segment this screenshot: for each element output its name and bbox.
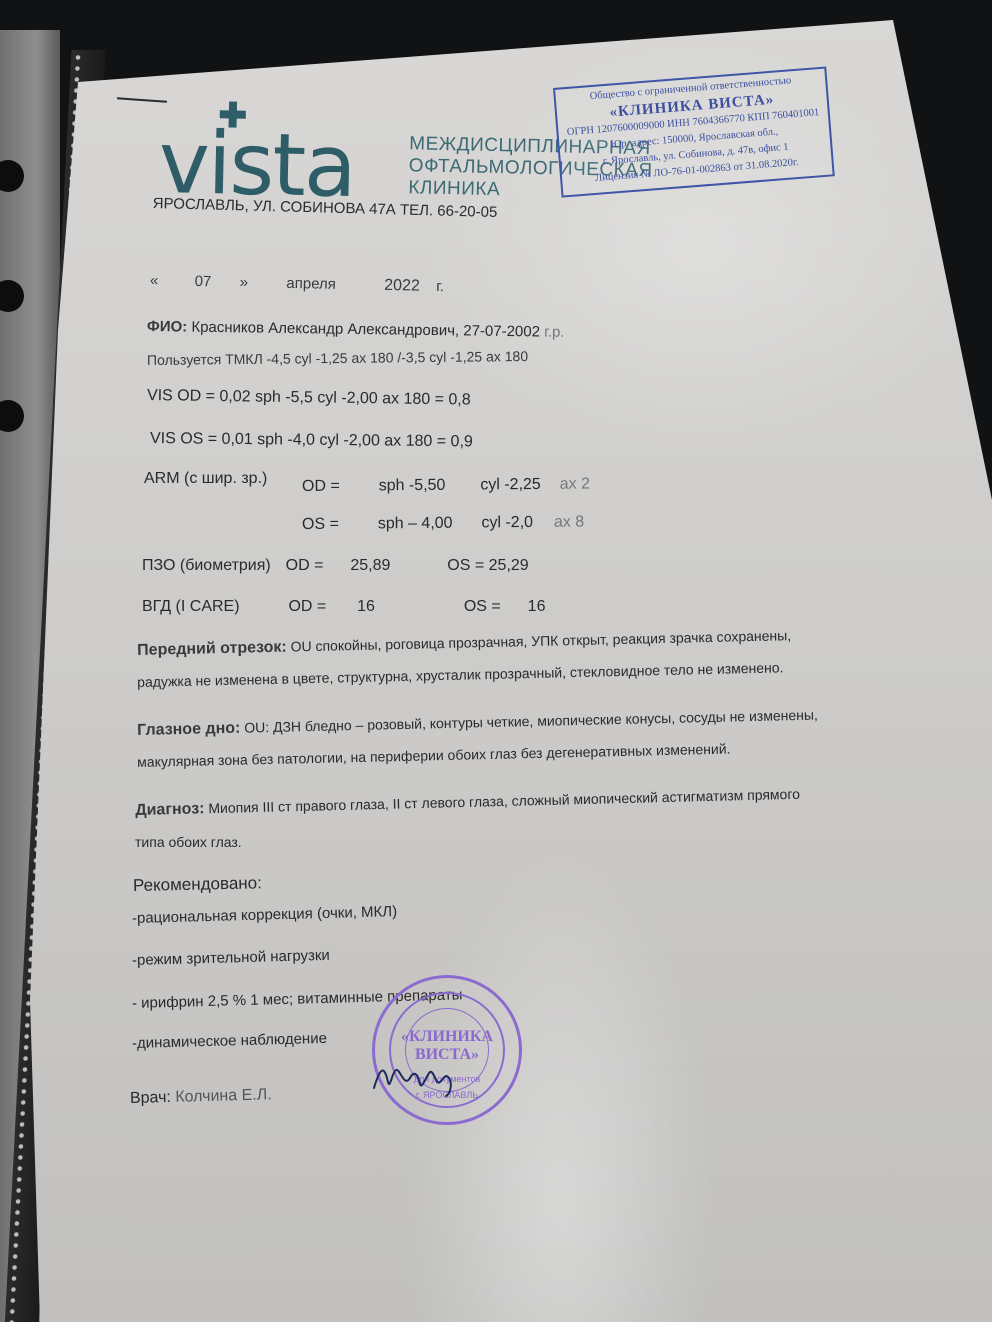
anterior-segment-cont: радужка не изменена в цвете, структурна,…: [137, 659, 784, 690]
round-seal: «КЛИНИКА ВИСТА» для документов г. ЯРОСЛА…: [372, 975, 522, 1125]
patient-label: ФИО:: [147, 318, 187, 336]
patient-value: Красников Александр Александрович, 27-07…: [191, 319, 540, 341]
fundus: Глазное дно: OU: ДЗН бледно – розовый, к…: [137, 707, 818, 740]
doctor-label: Врач:: [130, 1089, 171, 1107]
company-stamp: Общество с ограниченной ответственностью…: [553, 67, 835, 198]
diagnosis: Диагноз: Миопия III ст правого глаза, II…: [135, 786, 800, 820]
iop-label: ВГД (I CARE): [142, 598, 240, 615]
axial-length-os: 25,29: [489, 557, 529, 574]
punch-hole: [0, 280, 24, 312]
fundus-label: Глазное дно:: [137, 720, 241, 739]
punch-hole: [0, 160, 24, 192]
date-month: апреля: [286, 275, 336, 293]
document-date: « 07 » апреля 2022 г.: [150, 272, 444, 296]
recommendation-item: -режим зрительной нагрузки: [132, 947, 330, 969]
diagnosis-line: Миопия III ст правого глаза, II ст левог…: [208, 786, 800, 816]
arm-os-eye: OS =: [302, 516, 339, 533]
anterior-segment: Передний отрезок: OU спокойны, роговица …: [137, 627, 791, 660]
diagnosis-cont: типа обоих глаз.: [135, 834, 242, 850]
doctor-name: Колчина Е.Л.: [175, 1086, 272, 1106]
arm-od-cyl: cyl -2,25: [480, 476, 541, 494]
iop: ВГД (I CARE) OD = 16 OS = 16: [142, 598, 545, 616]
axial-length: ПЗО (биометрия) OD = 25,89 OS = 25,29: [142, 557, 529, 575]
iop-od: 16: [357, 598, 375, 615]
punch-hole: [0, 400, 24, 432]
date-quote: »: [240, 274, 249, 291]
axial-length-label: ПЗО (биометрия): [142, 557, 271, 574]
date-suffix: г.: [436, 278, 444, 295]
recommendation-item: -рациональная коррекция (очки, МКЛ): [132, 903, 398, 927]
arm-os: OS = sph – 4,00 cyl -2,0 ax 8: [302, 514, 584, 534]
arm-label: ARM (с шир. зр.): [144, 470, 267, 488]
anterior-segment-label: Передний отрезок:: [137, 639, 287, 659]
iop-os-label: OS =: [464, 598, 501, 615]
date-year: 2022: [384, 277, 420, 295]
date-day: 07: [195, 273, 212, 290]
patient-name: ФИО: Красников Александр Александрович, …: [147, 318, 565, 341]
vis-os: VIS OS = 0,01 sph -4,0 cyl -2,00 ax 180 …: [150, 430, 473, 451]
doctor-signature: [370, 1058, 460, 1098]
pen-mark: [117, 97, 167, 102]
recommendation-item: -динамическое наблюдение: [132, 1030, 327, 1052]
arm-od-eye: OD =: [302, 478, 340, 495]
current-lenses: Пользуется ТМКЛ -4,5 cyl -1,25 ax 180 /-…: [147, 348, 528, 368]
recommended-heading: Рекомендовано:: [133, 873, 262, 896]
patient-suffix: г.р.: [544, 324, 565, 341]
arm-od: OD = sph -5,50 cyl -2,25 ax 2: [302, 475, 590, 496]
iop-os: 16: [528, 598, 546, 615]
arm-os-ax: ax 8: [554, 514, 584, 531]
axial-length-od: 25,89: [350, 557, 390, 574]
fundus-cont: макулярная зона без патологии, на перифе…: [137, 741, 731, 770]
arm-os-cyl: cyl -2,0: [481, 514, 533, 531]
doctor: Врач: Колчина Е.Л.: [130, 1086, 272, 1108]
seal-text: «КЛИНИКА: [375, 1028, 519, 1046]
arm-os-sph: sph – 4,00: [378, 515, 453, 533]
fundus-line: OU: ДЗН бледно – розовый, контуры четкие…: [244, 707, 818, 736]
diagnosis-label: Диагноз:: [135, 800, 205, 819]
anterior-segment-line: OU спокойны, роговица прозрачная, УПК от…: [290, 627, 791, 654]
vis-od: VIS OD = 0,02 sph -5,5 cyl -2,00 ax 180 …: [147, 387, 471, 410]
date-quote: «: [150, 272, 159, 289]
arm-od-sph: sph -5,50: [379, 477, 446, 495]
arm-od-ax: ax 2: [560, 475, 590, 492]
axial-length-od-label: OD =: [286, 557, 324, 574]
axial-length-os-label: OS =: [447, 557, 484, 574]
iop-od-label: OD =: [288, 598, 326, 615]
document-page: vista МЕЖДИСЦИПЛИНАРНАЯ ОФТАЛЬМОЛОГИЧЕСК…: [0, 0, 992, 1322]
